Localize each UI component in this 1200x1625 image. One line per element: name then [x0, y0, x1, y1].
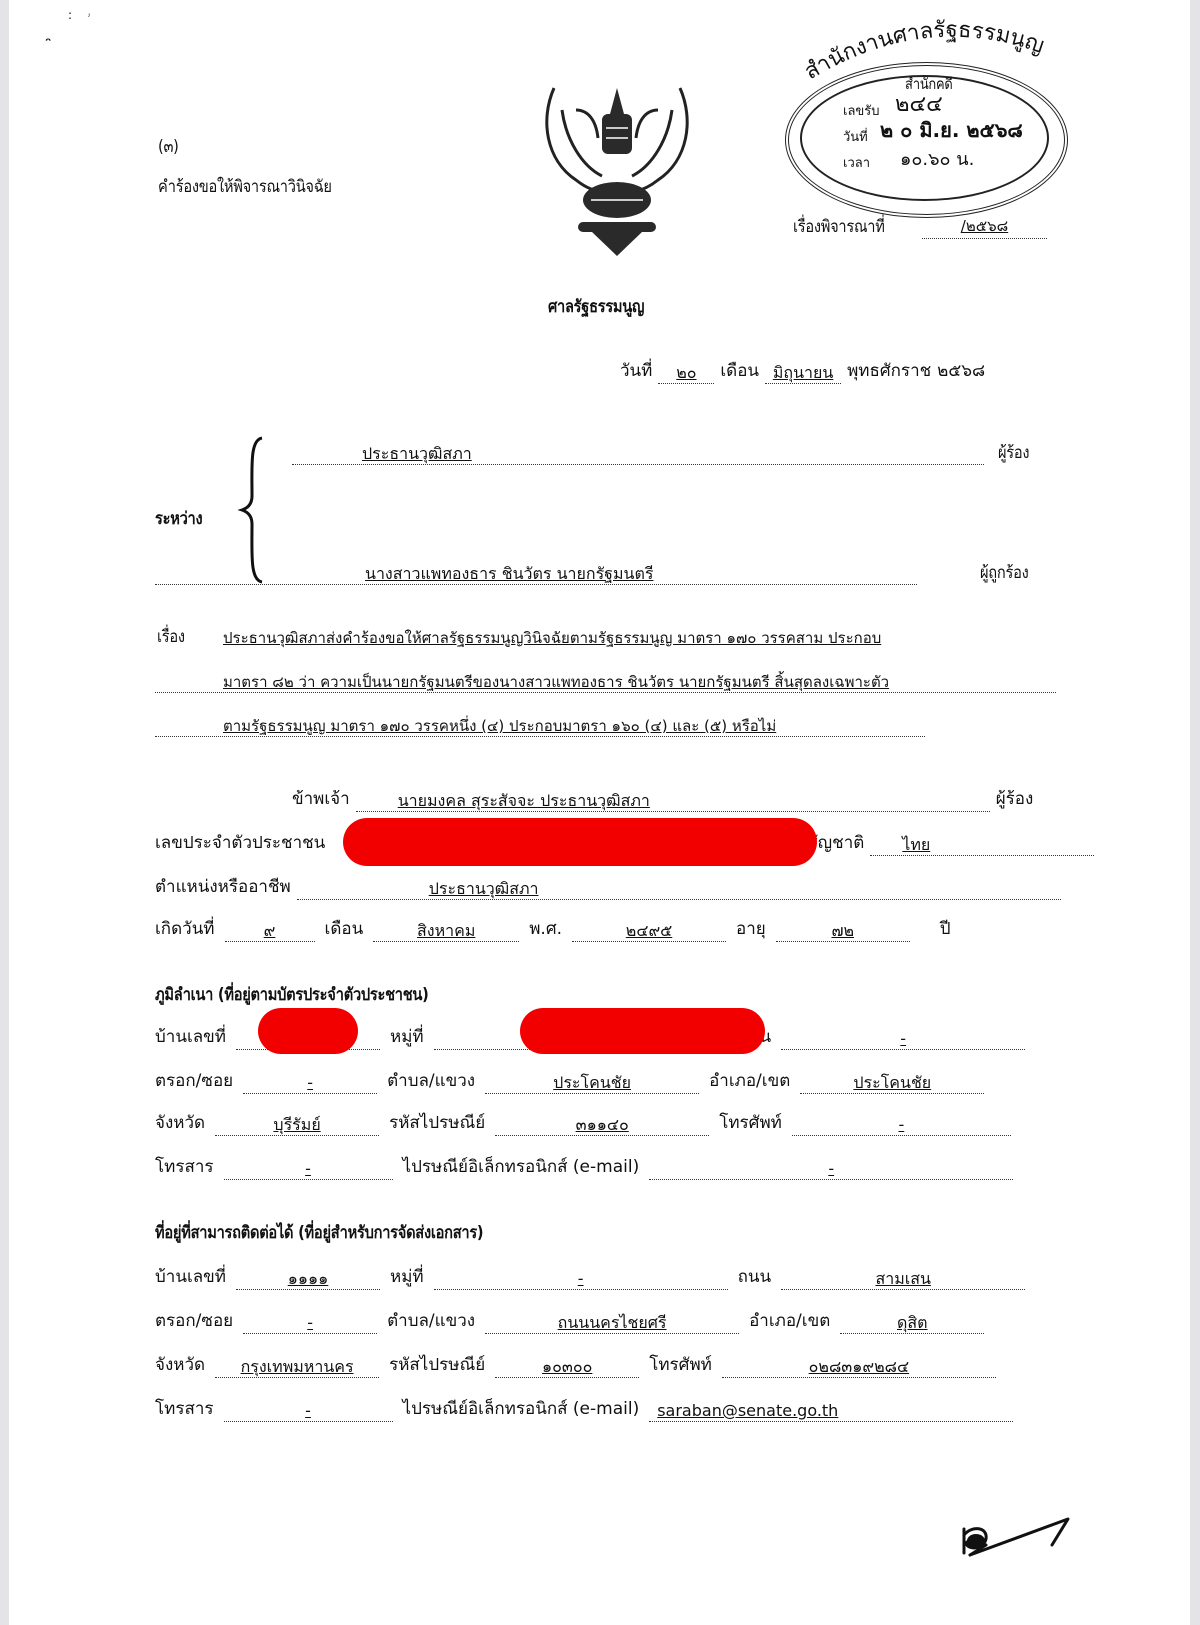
- age-unit: ปี: [940, 915, 951, 942]
- domicile-house-no-label: บ้านเลขที่: [155, 1023, 226, 1050]
- id-label: เลขประจำตัวประชาชน: [155, 829, 325, 856]
- domicile-phone: -: [792, 1115, 1011, 1136]
- birth-month-label: เดือน: [325, 915, 364, 942]
- contact-fax: -: [224, 1401, 393, 1422]
- domicile-fax-label: โทรสาร: [155, 1153, 214, 1180]
- contact-district-label: อำเภอ/เขต: [749, 1307, 830, 1334]
- signature-icon: [950, 1505, 1085, 1585]
- contact-province: กรุงเทพมหานคร: [215, 1357, 379, 1378]
- contact-postcode: ๑๐๓๐๐: [495, 1357, 639, 1378]
- redaction-moo: [520, 1008, 765, 1054]
- domicile-subdistrict-label: ตำบล/แขวง: [387, 1067, 475, 1094]
- domicile-fax: -: [224, 1159, 393, 1180]
- nationality: ไทย: [870, 835, 1094, 856]
- domicile-email-label: ไปรษณีย์อิเล็กทรอนิกส์ (e-mail): [403, 1153, 640, 1180]
- contact-email: saraban@senate.go.th: [649, 1401, 1013, 1422]
- birth-year-label: พ.ศ.: [529, 915, 562, 942]
- applicant-name-row: ข้าพเจ้า นายมงคล สุระสัจจะ ประธานวุฒิสภา…: [292, 788, 1033, 812]
- date-month: มิถุนายน: [765, 363, 841, 384]
- contact-phone: ๐๒๘๓๑๙๒๘๔: [722, 1357, 996, 1378]
- domicile-road: -: [781, 1029, 1025, 1050]
- stamp-receipt-label: เลขรับ: [843, 100, 880, 121]
- domicile-row-4: โทรสาร - ไปรษณีย์อิเล็กทรอนิกส์ (e-mail)…: [155, 1156, 1013, 1180]
- birth-month: สิงหาคม: [373, 921, 519, 942]
- contact-house-no-label: บ้านเลขที่: [155, 1263, 226, 1290]
- page-edge-right: [1190, 0, 1200, 1625]
- subject-label: เรื่อง: [157, 626, 185, 648]
- contact-soi: -: [243, 1313, 377, 1334]
- contact-house-no: ๑๑๑๑: [236, 1269, 380, 1290]
- subject-line-3: ตามรัฐธรรมนูญ มาตรา ๑๗๐ วรรคหนึ่ง (๔) ปร…: [155, 714, 925, 737]
- domicile-province: บุรีรัมย์: [215, 1115, 379, 1136]
- contact-moo: -: [434, 1269, 728, 1290]
- redaction-house-no: [258, 1008, 358, 1054]
- form-title: คำร้องขอให้พิจารณาวินิจฉัย: [158, 176, 332, 198]
- birth-day-label: เกิดวันที่: [155, 915, 215, 942]
- domicile-subdistrict: ประโคนชัย: [485, 1073, 699, 1094]
- contact-road: สามเสน: [781, 1269, 1025, 1290]
- contact-road-label: ถนน: [738, 1263, 772, 1290]
- respondent-role: ผู้ถูกร้อง: [980, 562, 1028, 584]
- stamp-time-value: ๑๐.๖๐ น.: [900, 144, 974, 173]
- garuda-emblem-icon: [536, 80, 698, 260]
- applicant-name: นายมงคล สุระสัจจะ ประธานวุฒิสภา: [356, 791, 990, 812]
- date-month-label: เดือน: [720, 357, 759, 384]
- petitioner-field: ประธานวุฒิสภา: [292, 442, 984, 465]
- domicile-province-label: จังหวัด: [155, 1109, 205, 1136]
- contact-heading: ที่อยู่ที่สามารถติดต่อได้ (ที่อยู่สำหรับ…: [155, 1222, 483, 1244]
- contact-row-2: ตรอก/ซอย - ตำบล/แขวง ถนนนครไชยศรี อำเภอ/…: [155, 1310, 984, 1334]
- between-label: ระหว่าง: [155, 508, 202, 530]
- addressee: ศาลรัฐธรรมนูญ: [548, 296, 644, 318]
- contact-moo-label: หมู่ที่: [390, 1263, 424, 1290]
- birth-day: ๙: [225, 921, 315, 942]
- page-edge-left: [0, 0, 9, 1625]
- age-label: อายุ: [736, 915, 766, 942]
- domicile-postcode-label: รหัสไปรษณีย์: [389, 1109, 485, 1136]
- domicile-row-2: ตรอก/ซอย - ตำบล/แขวง ประโคนชัย อำเภอ/เขต…: [155, 1070, 984, 1094]
- age: ๗๒: [776, 921, 910, 942]
- case-label: เรื่องพิจารณาที่: [793, 216, 885, 238]
- contact-row-4: โทรสาร - ไปรษณีย์อิเล็กทรอนิกส์ (e-mail)…: [155, 1398, 1013, 1422]
- date-day-label: วันที่: [620, 357, 652, 384]
- domicile-soi: -: [243, 1073, 377, 1094]
- case-number: /๒๕๖๘: [922, 214, 1047, 239]
- subject-line-2: มาตรา ๘๒ ว่า ความเป็นนายกรัฐมนตรีของนางส…: [155, 670, 1056, 693]
- date-day: ๒๐: [658, 363, 714, 384]
- subject-line-1: ประธานวุฒิสภาส่งคำร้องขอให้ศาลรัฐธรรมนูญ…: [223, 626, 1056, 650]
- domicile-district-label: อำเภอ/เขต: [709, 1067, 790, 1094]
- applicant-role: ผู้ร้อง: [996, 785, 1034, 812]
- stamp-date-value: ๒ ๐ มิ.ย. ๒๕๖๘: [880, 114, 1023, 146]
- contact-subdistrict: ถนนนครไชยศรี: [485, 1313, 739, 1334]
- domicile-moo-label: หมู่ที่: [390, 1023, 424, 1050]
- birth-row: เกิดวันที่ ๙ เดือน สิงหาคม พ.ศ. ๒๔๙๕ อาย…: [155, 918, 951, 942]
- applicant-name-label: ข้าพเจ้า: [292, 785, 350, 812]
- domicile-email: -: [649, 1159, 1013, 1180]
- domicile-soi-label: ตรอก/ซอย: [155, 1067, 233, 1094]
- contact-province-label: จังหวัด: [155, 1351, 205, 1378]
- stray-mark: : ۥ: [68, 8, 90, 23]
- stamp-date-label: วันที่: [843, 126, 868, 147]
- stamp-time-label: เวลา: [843, 152, 870, 173]
- domicile-phone-label: โทรศัพท์: [719, 1109, 782, 1136]
- birth-year: ๒๔๙๕: [572, 921, 726, 942]
- redaction-id: [343, 818, 817, 866]
- date-year-label: พุทธศักราช: [847, 357, 931, 384]
- contact-postcode-label: รหัสไปรษณีย์: [389, 1351, 485, 1378]
- page-mark: (๓): [158, 136, 179, 158]
- domicile-heading: ภูมิลำเนา (ที่อยู่ตามบัตรประจำตัวประชาชน…: [155, 984, 429, 1006]
- occupation-label: ตำแหน่งหรืออาชีพ: [155, 873, 291, 900]
- domicile-district: ประโคนชัย: [800, 1073, 984, 1094]
- stray-mark: ᵔ: [45, 36, 51, 51]
- petitioner-role: ผู้ร้อง: [998, 442, 1029, 464]
- contact-email-label: ไปรษณีย์อิเล็กทรอนิกส์ (e-mail): [403, 1395, 640, 1422]
- contact-soi-label: ตรอก/ซอย: [155, 1307, 233, 1334]
- domicile-row-3: จังหวัด บุรีรัมย์ รหัสไปรษณีย์ ๓๑๑๔๐ โทร…: [155, 1112, 1011, 1136]
- occupation: ประธานวุฒิสภา: [297, 879, 1061, 900]
- respondent-field: นางสาวแพทองธาร ชินวัตร นายกรัฐมนตรี: [155, 562, 917, 585]
- domicile-postcode: ๓๑๑๔๐: [495, 1115, 709, 1136]
- contact-district: ดุสิต: [840, 1313, 984, 1334]
- contact-fax-label: โทรสาร: [155, 1395, 214, 1422]
- date-year: ๒๕๖๘: [937, 357, 985, 384]
- contact-row-3: จังหวัด กรุงเทพมหานคร รหัสไปรษณีย์ ๑๐๓๐๐…: [155, 1354, 996, 1378]
- date-line: วันที่ ๒๐ เดือน มิถุนายน พุทธศักราช ๒๕๖๘: [620, 360, 985, 384]
- occupation-row: ตำแหน่งหรืออาชีพ ประธานวุฒิสภา: [155, 876, 1061, 900]
- contact-row-1: บ้านเลขที่ ๑๑๑๑ หมู่ที่ - ถนน สามเสน: [155, 1266, 1025, 1290]
- contact-phone-label: โทรศัพท์: [649, 1351, 712, 1378]
- contact-subdistrict-label: ตำบล/แขวง: [387, 1307, 475, 1334]
